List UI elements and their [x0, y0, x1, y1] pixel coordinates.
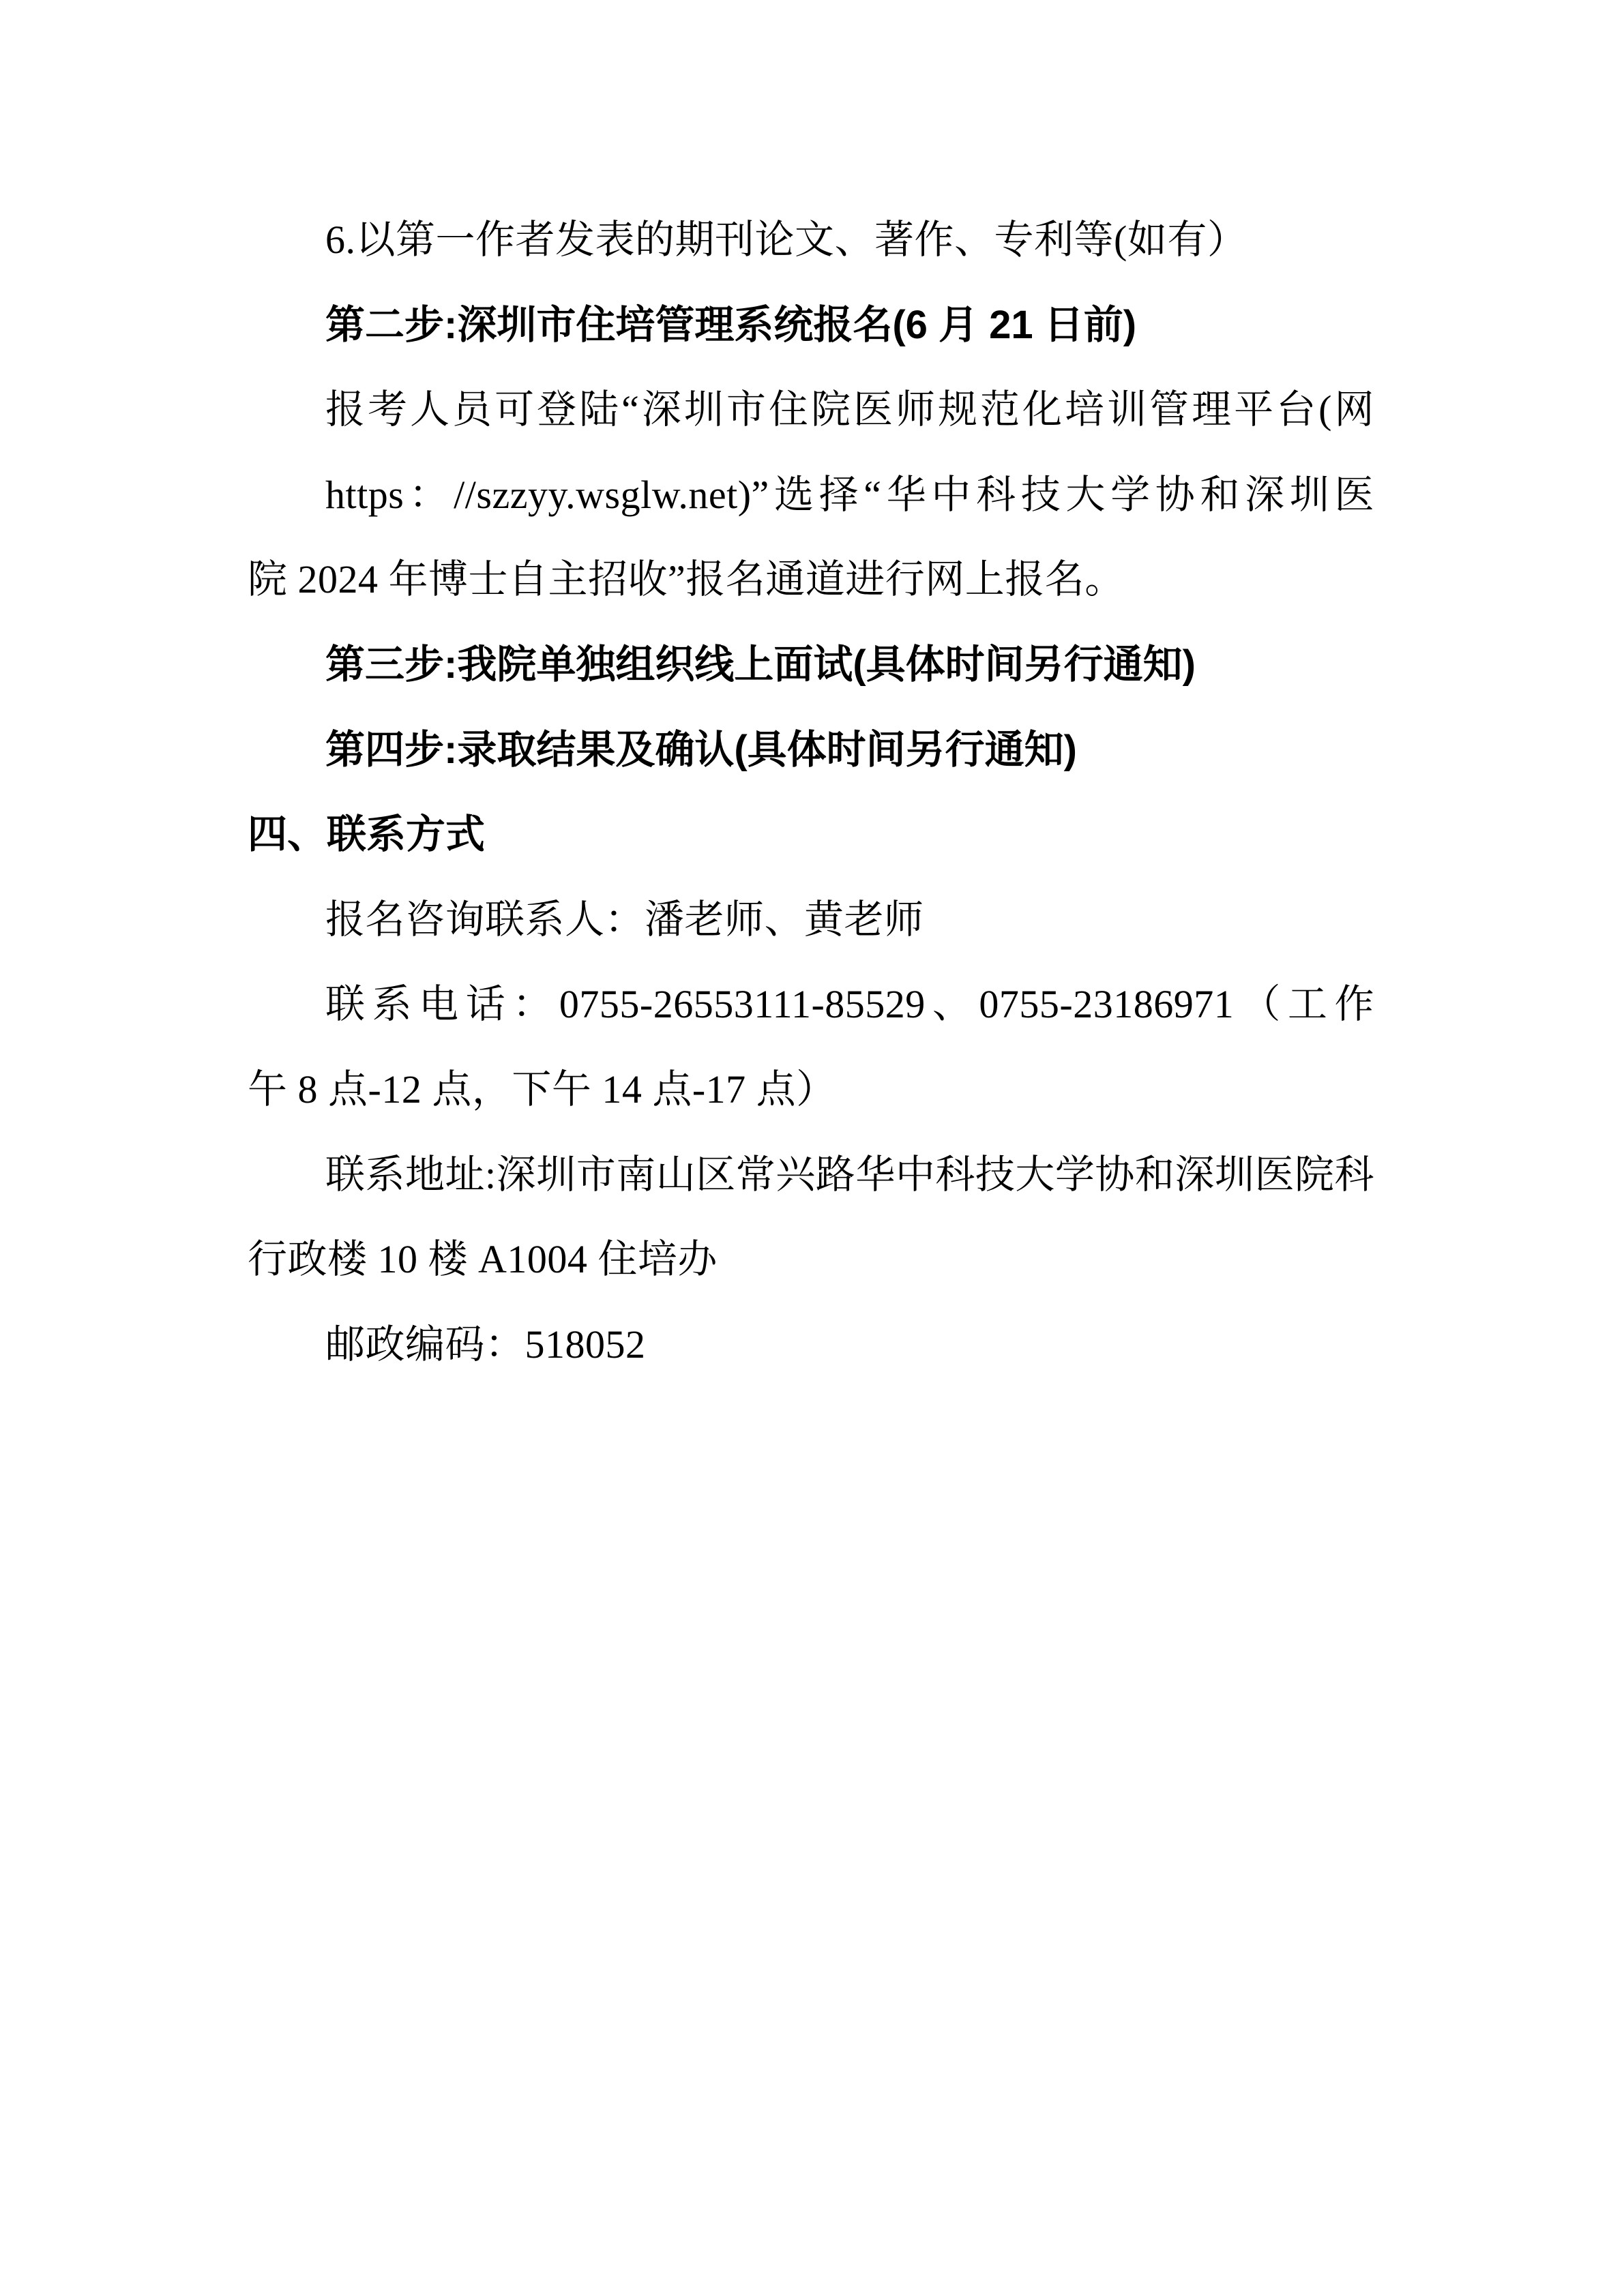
para-registration-line-1: 报考人员可登陆“深圳市住院医师规范化培训管理平台(网址： — [248, 368, 1374, 453]
contact-phone-line-1: 联系电话：0755-26553111-85529、0755-23186971（工… — [248, 962, 1374, 1047]
heading-section-4-contact: 四、联系方式 — [248, 792, 1374, 878]
document-page: 6.以第一作者发表的期刊论文、著作、专利等(如有） 第二步:深圳市住培管理系统报… — [0, 0, 1624, 2296]
contact-address-line-2: 行政楼 10 楼 A1004 住培办 — [248, 1217, 1374, 1302]
contact-phone-line-2: 午 8 点-12 点，下午 14 点-17 点） — [248, 1047, 1374, 1133]
contact-address-line-1: 联系地址:深圳市南山区常兴路华中科技大学协和深圳医院科教 — [248, 1133, 1374, 1218]
postal-code-line: 邮政编码：518052 — [248, 1302, 1374, 1388]
heading-step-4: 第四步:录取结果及确认(具体时间另行通知) — [248, 708, 1374, 793]
heading-step-2: 第二步:深圳市住培管理系统报名(6 月 21 日前) — [248, 283, 1374, 368]
document-content: 6.以第一作者发表的期刊论文、著作、专利等(如有） 第二步:深圳市住培管理系统报… — [248, 198, 1374, 1387]
list-item-6: 6.以第一作者发表的期刊论文、著作、专利等(如有） — [248, 198, 1374, 283]
heading-step-3: 第三步:我院单独组织线上面试(具体时间另行通知) — [248, 623, 1374, 708]
para-registration-line-3: 院 2024 年博士自主招收”报名通道进行网上报名。 — [248, 537, 1374, 623]
para-registration-line-2: https：//szzyy.wsglw.net)”选择“华中科技大学协和深圳医 — [248, 453, 1374, 538]
contact-person-line: 报名咨询联系人：潘老师、黄老师 — [248, 878, 1374, 963]
